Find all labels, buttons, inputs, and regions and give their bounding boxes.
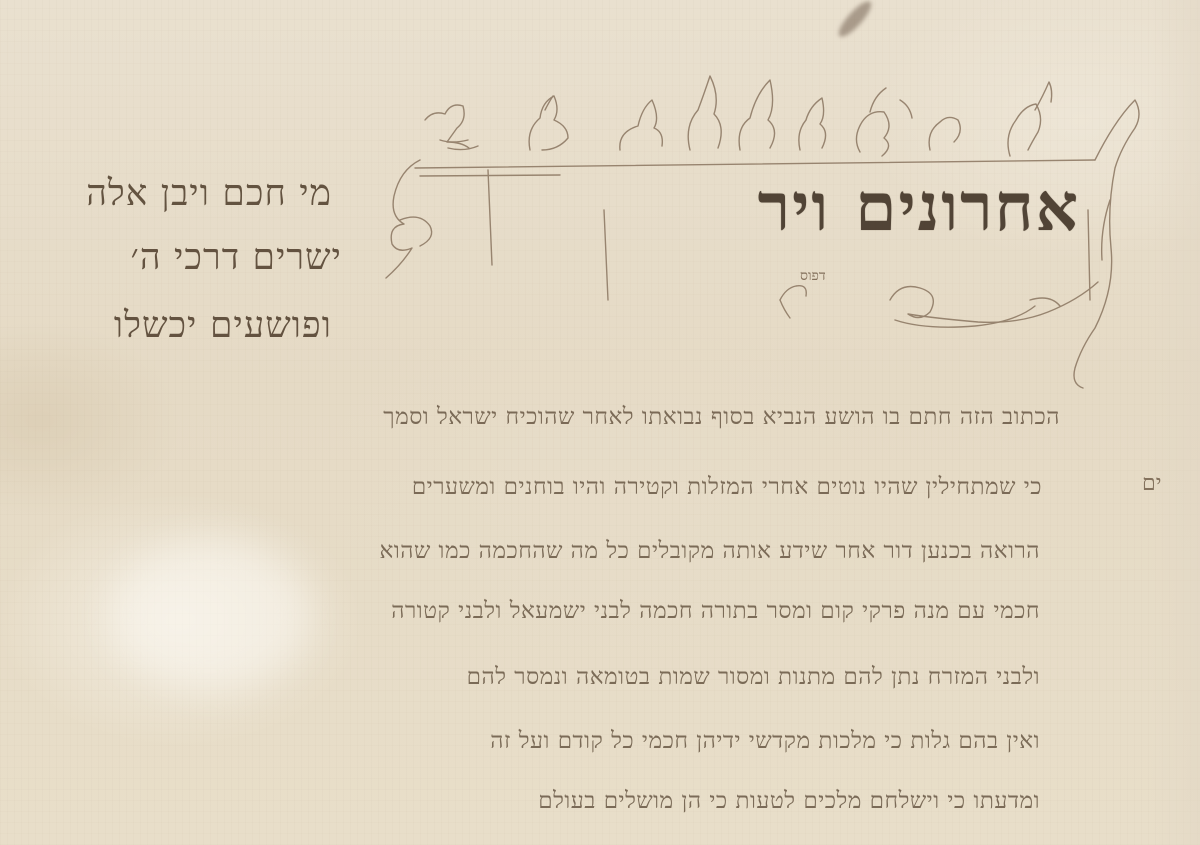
heading-initial-word: אחרונים ויר	[758, 168, 1080, 247]
left-column-line-3: ופושעים יכשלו	[114, 304, 332, 346]
body-line-1: הכתוב הזה חתם בו הושע הנביא בסוף נבואתו …	[383, 404, 1060, 430]
body-line-3: הרואה בכנען דור אחר שידע אותה מקובלים כל…	[380, 538, 1040, 564]
body-line-6: ואין בהם גלות כי מלכות מקדשי ידיהן חכמי …	[490, 728, 1040, 754]
heading-sub-mark: דפוס	[800, 268, 826, 285]
body-line-7: ומדעתו כי וישלחם מלכים לטעות כי הן מושלי…	[538, 788, 1040, 814]
body-line-4: חכמי עם מנה פרקי קום ומסר בתורה חכמה לבנ…	[391, 598, 1040, 624]
body-line-5: ולבני המזרח נתן להם מתנות ומסור שמות בטו…	[467, 664, 1040, 690]
right-margin-fragment: ים	[1142, 470, 1162, 496]
manuscript-page: אחרונים ויר דפוס מי חכם ויבן אלה ישרים ד…	[0, 0, 1200, 845]
body-line-2: כי שמתחילין שהיו נוטים אחרי המזלות וקטיר…	[412, 474, 1042, 500]
left-column-line-2: ישרים דרכי ה׳	[131, 236, 342, 278]
left-column-line-1: מי חכם ויבן אלה	[86, 172, 332, 214]
